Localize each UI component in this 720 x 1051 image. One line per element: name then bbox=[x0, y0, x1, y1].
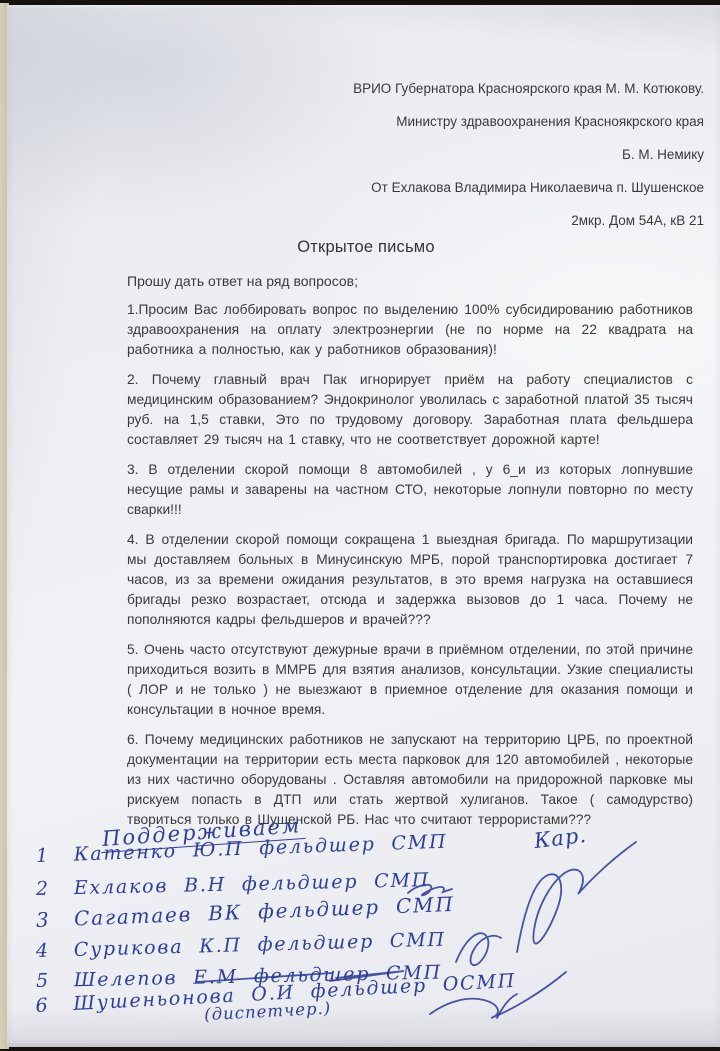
recipient-line: ВРИО Губернатора Красноярского края М. М… bbox=[353, 72, 704, 105]
signatory-number: 3 bbox=[36, 907, 59, 932]
letter-paragraph: 1.Просим Вас лоббировать вопрос по выдел… bbox=[127, 300, 693, 360]
signatory-number: 6 bbox=[35, 994, 58, 1017]
letter-paragraph: 4. В отделении скорой помощи сокращена 1… bbox=[127, 530, 693, 630]
signatory-number: 5 bbox=[36, 970, 58, 992]
signatory-number: 4 bbox=[36, 939, 59, 962]
recipient-line: 2мкр. Дом 54А, кВ 21 bbox=[353, 204, 704, 237]
recipient-line: Б. М. Немику bbox=[353, 138, 704, 171]
recipient-block: ВРИО Губернатора Красноярского края М. М… bbox=[353, 72, 704, 237]
letter-intro: Прошу дать ответ на ряд вопросов; bbox=[127, 273, 358, 289]
signatory-number: 2 bbox=[36, 878, 58, 900]
photo-of-letter: { "colors":{ "backdrop":"#15120d", "side… bbox=[0, 0, 720, 1051]
letter-paragraph: 5. Очень часто отсутствуют дежурные врач… bbox=[127, 640, 693, 720]
letter-paragraph: 6. Почему медицинских работников не запу… bbox=[127, 730, 693, 830]
letter-body: 1.Просим Вас лоббировать вопрос по выдел… bbox=[127, 300, 693, 840]
letter-title: Открытое письмо bbox=[96, 238, 636, 257]
recipient-line: От Ехлакова Владимира Николаевича п. Шуш… bbox=[353, 171, 704, 204]
signatory-number: 1 bbox=[36, 844, 59, 867]
letter-paragraph: 2. Почему главный врач Пак игнорирует пр… bbox=[127, 370, 693, 450]
letter-paragraph: 3. В отделении скорой помощи 8 автомобил… bbox=[127, 460, 693, 520]
recipient-line: Министру здравоохранения Красноякрского … bbox=[353, 105, 704, 138]
